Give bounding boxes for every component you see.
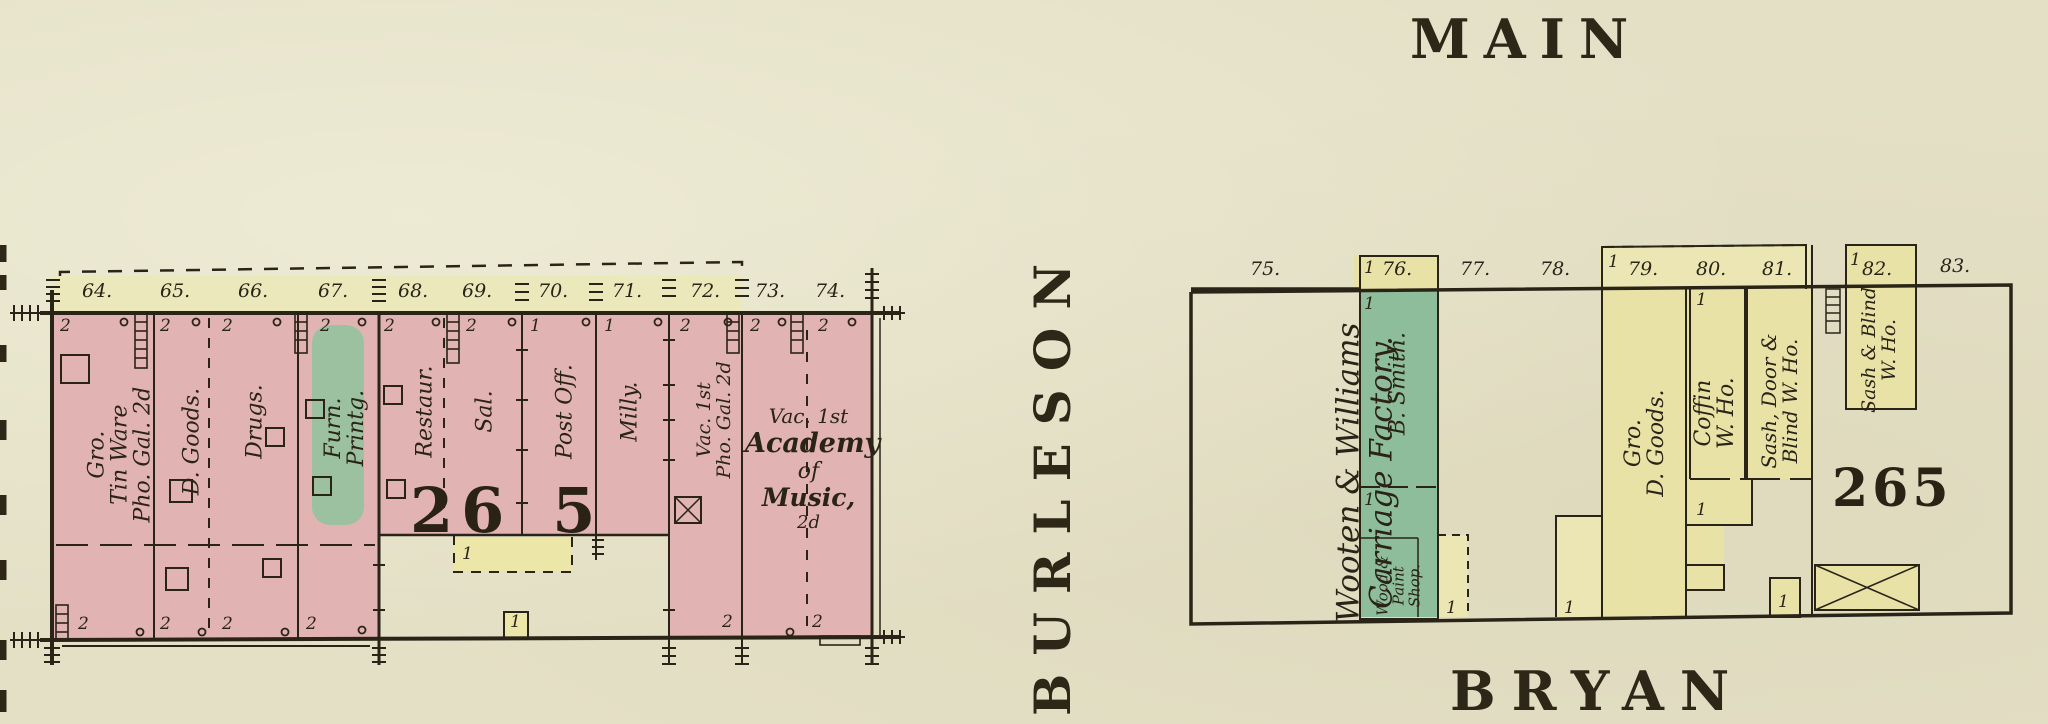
- lot-number-71: 71.: [612, 280, 642, 302]
- story-mark: 2: [384, 316, 395, 336]
- story-mark: 1: [1608, 252, 1619, 272]
- story-mark: 1: [1696, 500, 1707, 520]
- lot-number-75: 75.: [1250, 258, 1280, 280]
- lot-number-77: 77.: [1460, 258, 1490, 280]
- lot-number-69: 69.: [462, 280, 492, 302]
- building-label-sash-blind-warehouse: Sash & Blind W. Ho.: [1860, 280, 1900, 420]
- lot-number-73: 73.: [755, 280, 785, 302]
- story-mark: 2: [680, 316, 691, 336]
- building-label-lot-66: Drugs.: [243, 362, 266, 482]
- story-mark: 2: [160, 614, 171, 634]
- lot-number-65: 65.: [160, 280, 190, 302]
- outbuilding-story-mark: 1: [510, 612, 521, 632]
- story-mark: 1: [1696, 290, 1707, 310]
- story-mark: 2: [222, 614, 233, 634]
- lot-number-70: 70.: [538, 280, 568, 302]
- story-mark: 2: [60, 316, 71, 336]
- lot-number-83: 83.: [1940, 255, 1970, 277]
- building-label-lot-65: D. Goods.: [180, 362, 203, 522]
- story-mark: 2: [722, 612, 733, 632]
- lot-number-64: 64.: [82, 280, 112, 302]
- building-label-academy-of-music: Vac. 1st Academy of Music, 2d: [745, 405, 872, 534]
- building-label-sash-door-blind-warehouse: Sash, Door & Blind W. Ho.: [1759, 321, 1801, 481]
- story-mark: 1: [1446, 598, 1457, 618]
- building-label-coffin-warehouse: Coffin W. Ho.: [1692, 358, 1738, 468]
- building-label-lot-67: Furn. Printg.: [322, 363, 368, 493]
- lot-number-67: 67.: [318, 280, 348, 302]
- story-mark: 2: [466, 316, 477, 336]
- story-mark: 2: [818, 316, 829, 336]
- building-label-lot-68: Restaur.: [413, 342, 436, 482]
- story-mark: 2: [160, 316, 171, 336]
- block-number-east: 265: [1832, 463, 1953, 515]
- building-label-b-smith: B. Smith.: [1386, 324, 1409, 444]
- lot-number-76: 76.: [1382, 258, 1412, 280]
- story-mark: 1: [1364, 258, 1375, 278]
- lot-number-80: 80.: [1696, 258, 1726, 280]
- story-mark: 1: [1778, 592, 1789, 612]
- story-mark: 2: [750, 316, 761, 336]
- lot-number-72: 72.: [690, 280, 720, 302]
- building-label-lot-70: Post Off.: [553, 352, 576, 472]
- story-mark: 2: [78, 614, 89, 634]
- lot-number-68: 68.: [398, 280, 428, 302]
- building-label-wood-paint-shop: Wood & Paint Shop.: [1375, 539, 1422, 633]
- story-mark: 1: [604, 316, 615, 336]
- building-label-lot-71: Milly.: [618, 367, 641, 457]
- lot-number-74: 74.: [815, 280, 845, 302]
- story-mark: 2: [320, 316, 331, 336]
- outbuilding-story-mark: 1: [462, 544, 473, 564]
- building-label-gro-dry-goods: Gro. D. Goods.: [1622, 368, 1668, 518]
- story-mark: 2: [812, 612, 823, 632]
- lot-number-79: 79.: [1628, 258, 1658, 280]
- story-mark: 2: [306, 614, 317, 634]
- building-label-lot-69: Sal.: [473, 367, 496, 457]
- lot-number-66: 66.: [238, 280, 268, 302]
- building-label-lot-64: Gro. Tin Ware Pho. Gal. 2d: [85, 355, 154, 555]
- building-label-lot-72: Vac. 1st Pho. Gal. 2d: [695, 345, 735, 495]
- lot-number-81: 81.: [1762, 258, 1792, 280]
- lot-number-78: 78.: [1540, 258, 1570, 280]
- story-mark: 1: [1850, 250, 1861, 270]
- block-number-west: 265: [410, 480, 603, 542]
- story-mark: 1: [1564, 598, 1575, 618]
- story-mark: 2: [222, 316, 233, 336]
- story-mark: 1: [530, 316, 541, 336]
- lot-number-82: 82.: [1862, 258, 1892, 280]
